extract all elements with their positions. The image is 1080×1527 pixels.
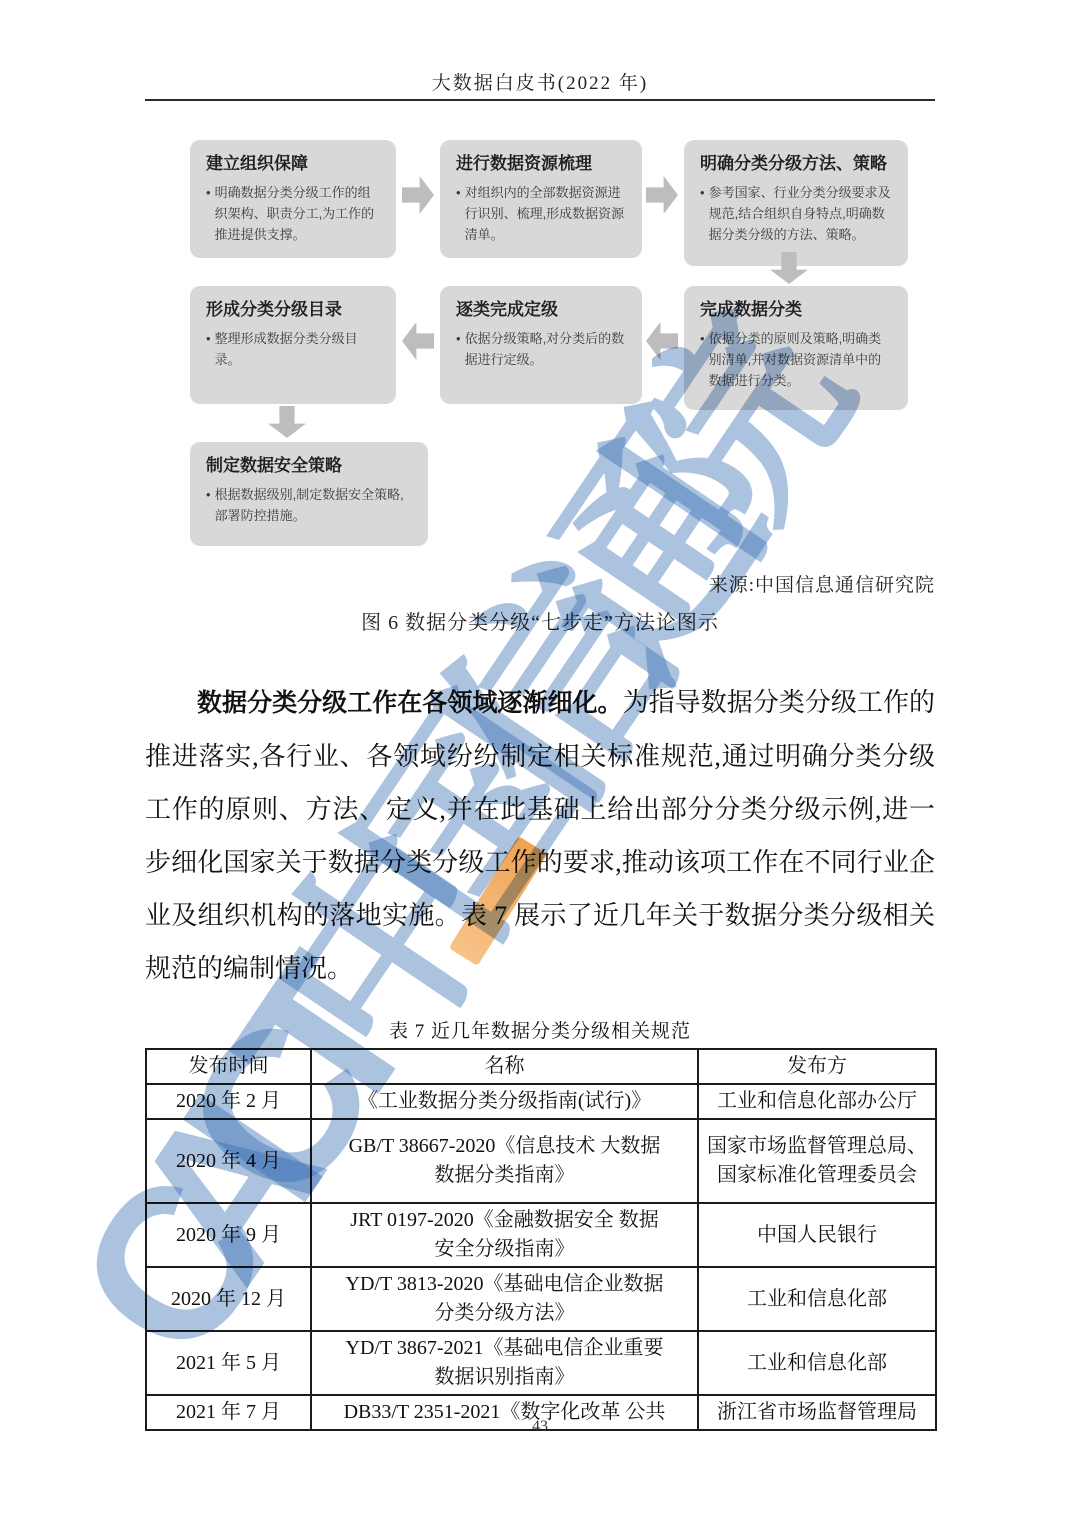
paragraph-body: 为指导数据分类分级工作的推进落实,各行业、各领域纷纷制定相关标准规范,通过明确分… [145, 688, 935, 983]
cell-name: 《工业数据分类分级指南(试行)》 [311, 1084, 698, 1119]
bullet-dot: • [700, 183, 705, 245]
body-paragraph: 数据分类分级工作在各领域逐渐细化。为指导数据分类分级工作的推进落实,各行业、各领… [145, 676, 935, 995]
flow-box-text: 参考国家、行业分类分级要求及规范,结合组织自身特点,明确数据分类分级的方法、策略… [709, 183, 892, 245]
cell-date: 2020 年 12 月 [146, 1267, 311, 1331]
col-header-publisher: 发布方 [698, 1049, 936, 1084]
table-caption: 表 7 近几年数据分类分级相关规范 [145, 1016, 935, 1043]
bullet-dot: • [456, 183, 461, 245]
col-header-name: 名称 [311, 1049, 698, 1084]
cell-publisher: 工业和信息化部 [698, 1267, 936, 1331]
cell-publisher: 工业和信息化部 [698, 1331, 936, 1395]
col-header-date: 发布时间 [146, 1049, 311, 1084]
bullet-dot: • [456, 329, 461, 371]
cell-name: YD/T 3813-2020《基础电信企业数据 分类分级方法》 [311, 1267, 698, 1331]
flow-box-title: 逐类完成定级 [456, 300, 626, 320]
table-row: 2020 年 2 月 《工业数据分类分级指南(试行)》 工业和信息化部办公厅 [146, 1084, 936, 1119]
cell-name: GB/T 38667-2020《信息技术 大数据 数据分类指南》 [311, 1119, 698, 1203]
figure-caption: 图 6 数据分类分级“七步走”方法论图示 [145, 606, 935, 635]
table-row: 2020 年 4 月 GB/T 38667-2020《信息技术 大数据 数据分类… [146, 1119, 936, 1203]
flow-box-title: 形成分类分级目录 [206, 300, 380, 320]
cell-date: 2020 年 4 月 [146, 1119, 311, 1203]
cell-date: 2020 年 9 月 [146, 1203, 311, 1267]
flow-box-text: 依据分类的原则及策略,明确类别清单,并对数据资源清单中的数据进行分类。 [709, 329, 892, 391]
cell-date: 2021 年 5 月 [146, 1331, 311, 1395]
flow-box-security-policy: 制定数据安全策略 •根据数据级别,制定数据安全策略,部署防控措施。 [190, 442, 428, 546]
arrow-down-icon [268, 406, 306, 438]
flow-box-finish-classify: 完成数据分类 •依据分类的原则及策略,明确类别清单,并对数据资源清单中的数据进行… [684, 286, 908, 410]
flow-box-text: 整理形成数据分类分级目录。 [215, 329, 380, 371]
flow-box-title: 制定数据安全策略 [206, 456, 412, 476]
flow-box-title: 完成数据分类 [700, 300, 892, 320]
cell-publisher: 国家市场监督管理总局、国家标准化管理委员会 [698, 1119, 936, 1203]
flow-box-method-strategy: 明确分类分级方法、策略 •参考国家、行业分类分级要求及规范,结合组织自身特点,明… [684, 140, 908, 266]
page-number: 43 [0, 1418, 1080, 1436]
flow-box-text: 对组织内的全部数据资源进行识别、梳理,形成数据资源清单。 [465, 183, 626, 245]
flow-box-establish-org: 建立组织保障 •明确数据分类分级工作的组织架构、职责分工,为工作的推进提供支撑。 [190, 140, 396, 258]
table-row: 2020 年 9 月 JRT 0197-2020《金融数据安全 数据 安全分级指… [146, 1203, 936, 1267]
figure-flowchart: 建立组织保障 •明确数据分类分级工作的组织架构、职责分工,为工作的推进提供支撑。… [0, 0, 1080, 600]
flow-box-title: 建立组织保障 [206, 154, 380, 174]
cell-name: YD/T 3867-2021《基础电信企业重要 数据识别指南》 [311, 1331, 698, 1395]
cell-publisher: 中国人民银行 [698, 1203, 936, 1267]
flow-box-catalog: 形成分类分级目录 •整理形成数据分类分级目录。 [190, 286, 396, 404]
arrow-right-icon [646, 176, 678, 214]
bullet-dot: • [206, 329, 211, 371]
table-row: 2020 年 12 月 YD/T 3813-2020《基础电信企业数据 分类分级… [146, 1267, 936, 1331]
document-page: 大数据白皮书(2022 年) 建立组织保障 •明确数据分类分级工作的组织架构、职… [0, 0, 1080, 1527]
arrow-right-icon [402, 176, 434, 214]
arrow-left-icon [402, 322, 434, 360]
table-row: 2021 年 5 月 YD/T 3867-2021《基础电信企业重要 数据识别指… [146, 1331, 936, 1395]
flow-box-text: 根据数据级别,制定数据安全策略,部署防控措施。 [215, 485, 412, 527]
flow-box-text: 明确数据分类分级工作的组织架构、职责分工,为工作的推进提供支撑。 [215, 183, 380, 245]
bullet-dot: • [700, 329, 705, 391]
flow-box-grading: 逐类完成定级 •依据分级策略,对分类后的数据进行定级。 [440, 286, 642, 404]
paragraph-lead-bold: 数据分类分级工作在各领域逐渐细化。 [197, 689, 623, 717]
bullet-dot: • [206, 183, 211, 245]
arrow-left-icon [646, 322, 678, 360]
specs-table: 发布时间 名称 发布方 2020 年 2 月 《工业数据分类分级指南(试行)》 … [145, 1048, 937, 1431]
cell-publisher: 工业和信息化部办公厅 [698, 1084, 936, 1119]
cell-date: 2020 年 2 月 [146, 1084, 311, 1119]
flow-box-title: 进行数据资源梳理 [456, 154, 626, 174]
flow-box-title: 明确分类分级方法、策略 [700, 154, 892, 174]
flow-box-data-inventory: 进行数据资源梳理 •对组织内的全部数据资源进行识别、梳理,形成数据资源清单。 [440, 140, 642, 258]
flow-box-text: 依据分级策略,对分类后的数据进行定级。 [465, 329, 626, 371]
cell-name: JRT 0197-2020《金融数据安全 数据 安全分级指南》 [311, 1203, 698, 1267]
table-header-row: 发布时间 名称 发布方 [146, 1049, 936, 1084]
bullet-dot: • [206, 485, 211, 527]
